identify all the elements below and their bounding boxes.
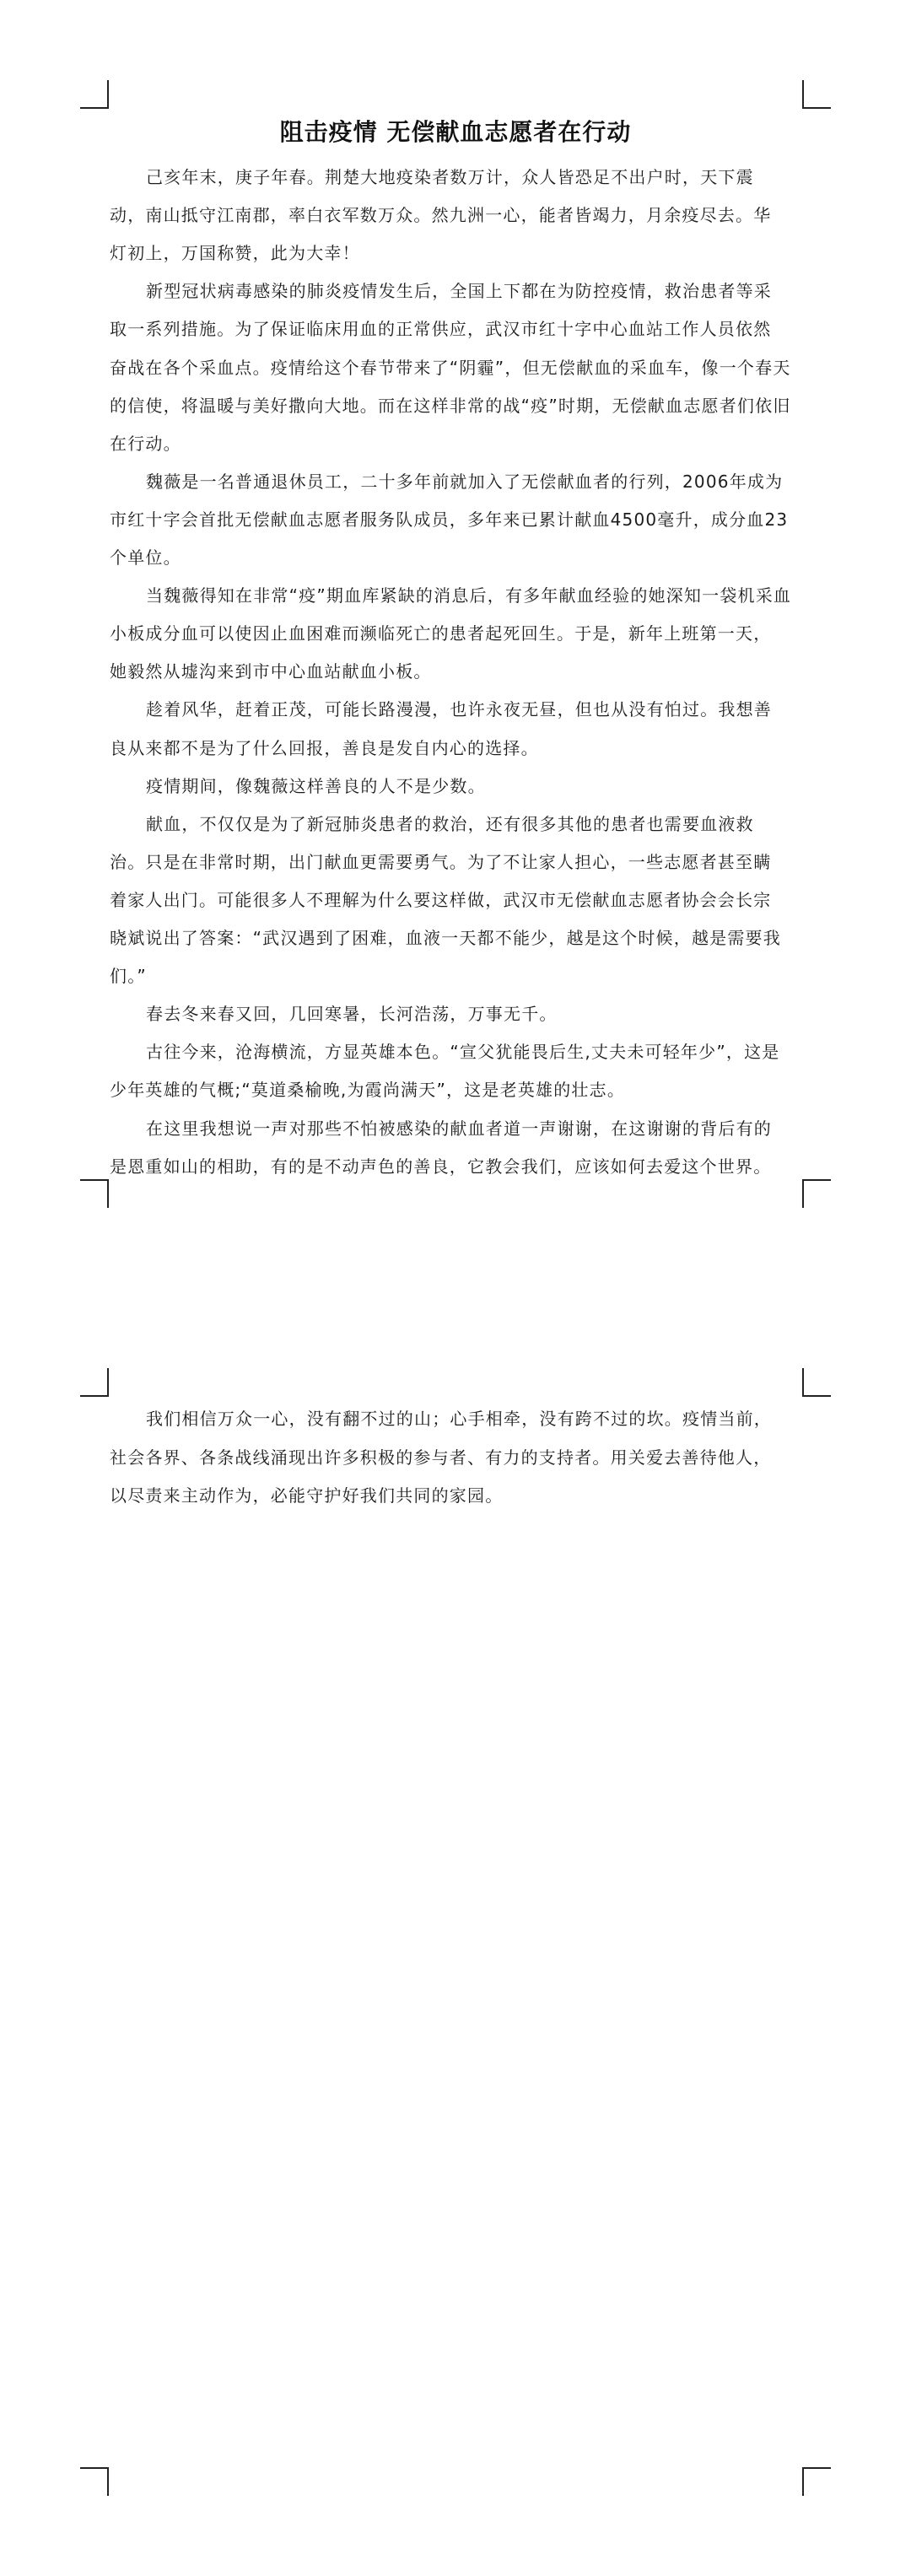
document-title[interactable]: 阻击疫情 无偿献血志愿者在行动 (0, 118, 911, 147)
page-corner-mark-bottom-left (80, 2467, 109, 2496)
text-line: 她毅然从墟沟来到市中心血站献血小板。 (110, 659, 432, 684)
text-line: 以尽责来主动作为，必能守护好我们共同的家园。 (110, 1483, 503, 1508)
page-corner-mark-bottom-right (802, 2467, 831, 2496)
page-corner-mark-top-right (802, 80, 831, 109)
text-line: 献血，不仅仅是为了新冠肺炎患者的救治，还有很多其他的患者也需要血液救 (146, 811, 754, 837)
page-corner-mark-bottom-right (802, 1179, 831, 1208)
text-line: 取一系列措施。为了保证临床用血的正常供应，武汉市红十字中心血站工作人员依然 (110, 316, 771, 342)
page-corner-mark-top-left (80, 1368, 109, 1397)
text-line: 新型冠状病毒感染的肺炎疫情发生后，全国上下都在为防控疫情，救治患者等采 (146, 278, 772, 304)
page-corner-mark-top-left (80, 80, 109, 109)
text-line: 治。只是在非常时期，出门献血更需要勇气。为了不让家人担心，一些志愿者甚至瞒 (110, 849, 771, 875)
text-line: 个单位。 (110, 545, 181, 570)
text-line: 社会各界、各条战线涌现出许多积极的参与者、有力的支持者。用关爱去善待他人， (110, 1445, 771, 1470)
document-page-2: 我们相信万众一心，没有翻不过的山；心手相牵，没有跨不过的坎。疫情当前，社会各界、… (0, 1291, 911, 2576)
text-line: 春去冬来春又回，几回寒暑，长河浩荡，万事无千。 (146, 1001, 558, 1027)
text-line: 着家人出门。可能很多人不理解为什么要这样做，武汉市无偿献血志愿者协会会长宗 (110, 887, 771, 913)
text-line: 趁着风华，赶着正茂，可能长路漫漫，也许永夜无昼，但也从没有怕过。我想善 (146, 697, 772, 722)
text-line: 在行动。 (110, 431, 181, 456)
text-line: 己亥年末，庚子年春。荆楚大地疫染者数万计，众人皆恐足不出户时，天下震 (146, 164, 754, 190)
text-line: 魏薇是一名普通退休员工，二十多年前就加入了无偿献血者的行列，2006年成为 (146, 469, 783, 494)
text-line: 小板成分血可以使因止血困难而濒临死亡的患者起死回生。于是，新年上班第一天， (110, 621, 771, 646)
text-line: 当魏薇得知在非常“疫”期血库紧缺的消息后，有多年献血经验的她深知一袋机采血 (146, 583, 791, 608)
text-line: 在这里我想说一声对那些不怕被感染的献血者道一声谢谢，在这谢谢的背后有的 (146, 1116, 772, 1141)
text-line: 动，南山抵守江南郡，率白衣军数万众。然九洲一心，能者皆竭力，月余疫尽去。华 (110, 202, 771, 228)
text-line: 少年英雄的气概;“莫道桑榆晚,为霞尚满天”，这是老英雄的壮志。 (110, 1077, 625, 1102)
text-line: 们。” (110, 963, 147, 989)
text-line: 的信使，将温暖与美好撒向大地。而在这样非常的战“疫”时期，无偿献血志愿者们依旧 (110, 393, 791, 418)
text-line: 疫情期间，像魏薇这样善良的人不是少数。 (146, 773, 486, 799)
text-line: 奋战在各个采血点。疫情给这个春节带来了“阴霾”，但无偿献血的采血车，像一个春天 (110, 355, 791, 380)
text-line: 灯初上，万国称赞，此为大幸！ (110, 240, 360, 266)
page-corner-mark-bottom-left (80, 1179, 109, 1208)
page-corner-mark-top-right (802, 1368, 831, 1397)
text-line: 晓斌说出了答案：“武汉遇到了困难，血液一天都不能少，越是这个时候，越是需要我 (110, 925, 781, 951)
text-line: 是恩重如山的相助，有的是不动声色的善良，它教会我们，应该如何去爱这个世界。 (110, 1154, 771, 1179)
text-line: 古往今来，沧海横流，方显英雄本色。“宣父犹能畏后生,丈夫未可轻年少”，这是 (146, 1039, 779, 1064)
text-line: 市红十字会首批无偿献血志愿者服务队成员，多年来已累计献血4500毫升，成分血23 (110, 507, 788, 532)
document-page-1: 阻击疫情 无偿献血志愿者在行动 己亥年末，庚子年春。荆楚大地疫染者数万计，众人皆… (0, 0, 911, 1282)
text-line: 我们相信万众一心，没有翻不过的山；心手相牵，没有跨不过的坎。疫情当前， (146, 1406, 772, 1431)
text-line: 良从来都不是为了什么回报，善良是发自内心的选择。 (110, 736, 539, 761)
